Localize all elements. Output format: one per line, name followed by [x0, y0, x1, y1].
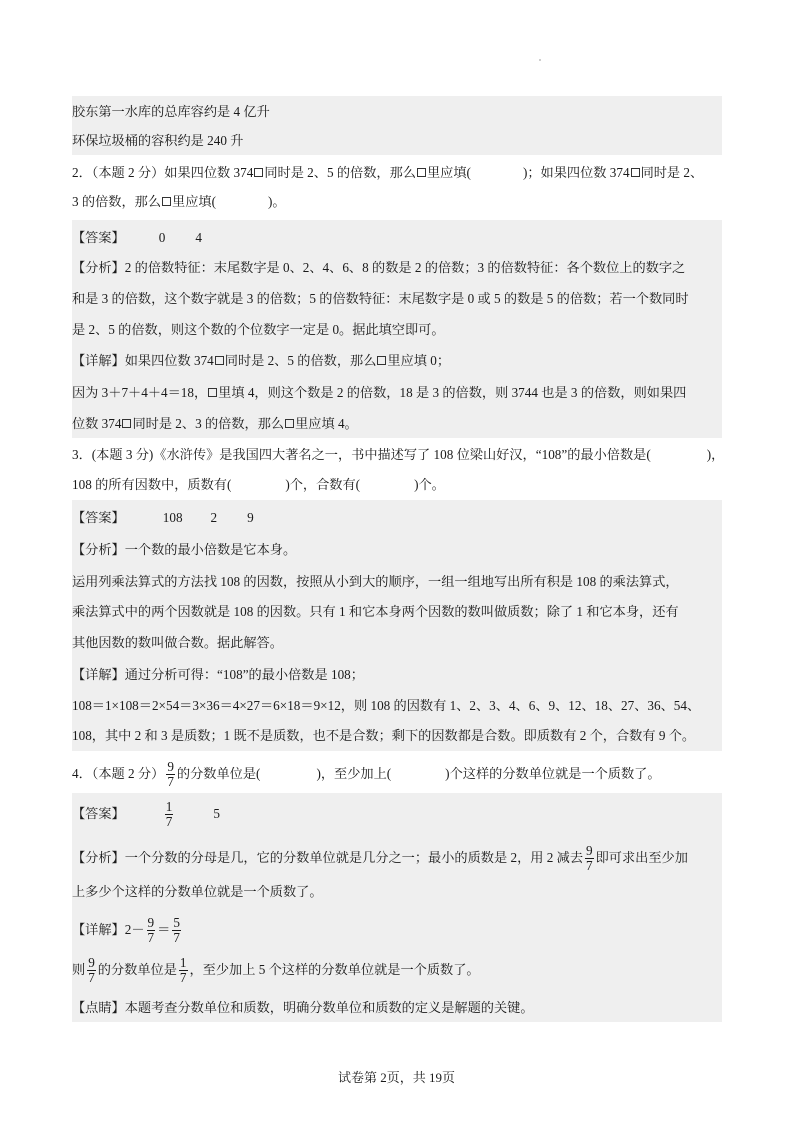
numerator: 1 [179, 956, 188, 971]
fraction: 17 [179, 956, 188, 985]
answer-label: 【答案】 [72, 230, 125, 245]
denominator: 7 [87, 971, 96, 985]
text: )， [707, 447, 725, 462]
analysis-label: 【分析】 [72, 542, 125, 557]
text: 2．（本题 2 分）如果四位数 374 [72, 165, 253, 180]
text: 一个数的最小倍数是它本身。 [125, 542, 296, 557]
denominator: 7 [172, 931, 181, 945]
text: 通过分析可得：“108”的最小倍数是 108； [125, 667, 364, 682]
fraction: 97 [585, 844, 594, 873]
numerator: 9 [87, 956, 96, 971]
numerator: 5 [172, 916, 181, 931]
blank-square-icon [285, 419, 294, 428]
q2-analysis-line-1: 【分析】2 的倍数特征：末尾数字是 0、2、4、6、8 的数是 2 的倍数；3 … [72, 253, 722, 282]
blank-square-icon [162, 197, 171, 206]
text: 2－ [125, 922, 145, 937]
prev-line-2: 环保垃圾桶的容积约是 240 升 [72, 126, 722, 155]
text: ，至少加上 5 个这样的分数单位就是一个质数了。 [190, 962, 480, 977]
text: 里应填 0； [387, 353, 450, 368]
answer-value: 108 [163, 503, 183, 532]
q3-detail-line-2: 108＝1×108＝2×54＝3×36＝4×27＝6×18＝9×12，则 108… [72, 691, 722, 720]
q2-detail-line-1: 【详解】如果四位数 374同时是 2、5 的倍数，那么里应填 0； [72, 346, 722, 375]
text: )个。 [414, 477, 445, 492]
fraction: 97 [147, 916, 156, 945]
numerator: 9 [166, 760, 175, 775]
page-footer: 试卷第 2页，共 19页 [0, 1068, 793, 1088]
text: 因为 3＋7＋4＋4＝18， [72, 385, 207, 400]
prev-line-1: 胶东第一水库的总库容约是 4 亿升 [72, 97, 722, 126]
fraction: 97 [166, 760, 175, 789]
q3-analysis-line-1: 【分析】一个数的最小倍数是它本身。 [72, 535, 722, 564]
text: )。 [268, 194, 286, 209]
text: 即可求出至少加 [596, 850, 688, 865]
text: 位数 374 [72, 416, 121, 431]
q3-detail-line-3: 108，其中 2 和 3 是质数；1 既不是质数，也不是合数；剩下的因数都是合数… [72, 721, 722, 750]
denominator: 7 [165, 815, 174, 829]
q3-answer-line: 【答案】10829 [72, 503, 722, 532]
q3-detail-line-1: 【详解】通过分析可得：“108”的最小倍数是 108； [72, 660, 722, 689]
text: 108 的所有因数中，质数有( [72, 477, 231, 492]
q3-stem-line-1: 3．(本题 3 分)《水浒传》是我国四大著名之一，书中描述写了 108 位梁山好… [72, 440, 722, 469]
text: 4．（本题 2 分） [72, 766, 164, 781]
text: )个，合数有( [285, 477, 360, 492]
text: 则 [72, 962, 85, 977]
answer-value: 5 [213, 796, 220, 832]
text: 同时是 2、5 的倍数，那么 [225, 353, 377, 368]
text: )，至少加上( [316, 766, 391, 781]
q3-analysis-line-3: 乘法算式中的两个因数就是 108 的因数。只有 1 和它本身两个因数的数叫做质数… [72, 597, 722, 626]
text: 2 的倍数特征：末尾数字是 0、2、4、6、8 的数是 2 的倍数；3 的倍数特… [125, 260, 685, 275]
detail-label: 【详解】 [72, 667, 125, 682]
comment-label: 【点睛】 [72, 1000, 125, 1015]
text: )个这样的分数单位就是一个质数了。 [445, 766, 660, 781]
detail-label: 【详解】 [72, 353, 125, 368]
text: 同时是 2、3 的倍数，那么 [132, 416, 284, 431]
q3-analysis-line-4: 其他因数的数叫做合数。据此解答。 [72, 628, 722, 657]
text: 本题考查分数单位和质数，明确分数单位和质数的定义是解题的关键。 [125, 1000, 534, 1015]
text: 3 的倍数，那么 [72, 194, 161, 209]
q4-analysis-line-2: 上多少个这样的分数单位就是一个质数了。 [72, 877, 722, 906]
q2-analysis-line-3: 是 2、5 的倍数，则这个数的个位数字一定是 0。据此填空即可。 [72, 315, 722, 344]
analysis-label: 【分析】 [72, 260, 125, 275]
q3-analysis-line-2: 运用列乘法算式的方法找 108 的因数，按照从小到大的顺序，一组一组地写出所有积… [72, 567, 722, 596]
q4-answer-line: 【答案】175 [72, 796, 722, 832]
q2-stem-line-2: 3 的倍数，那么里应填()。 [72, 187, 722, 216]
fraction: 97 [87, 956, 96, 985]
fraction: 57 [172, 916, 181, 945]
text: 3．(本题 3 分)《水浒传》是我国四大著名之一，书中描述写了 108 位梁山好… [72, 447, 651, 462]
text: 里填 4，则这个数是 2 的倍数，18 是 3 的倍数，则 3744 也是 3 … [218, 385, 686, 400]
blank-square-icon [208, 388, 217, 397]
detail-label: 【详解】 [72, 922, 125, 937]
denominator: 7 [166, 775, 175, 789]
scan-artifact [539, 59, 541, 61]
answer-value: 9 [247, 503, 254, 532]
text: 的分数单位是 [98, 962, 177, 977]
blank-square-icon [417, 168, 426, 177]
text: 里应填( [172, 194, 216, 209]
q4-detail-line-2: 则97的分数单位是17，至少加上 5 个这样的分数单位就是一个质数了。 [72, 952, 722, 988]
blank-square-icon [254, 168, 263, 177]
text: 的分数单位是( [177, 766, 261, 781]
answer-value: 2 [211, 503, 218, 532]
blank-square-icon [122, 419, 131, 428]
answer-value: 0 [159, 223, 166, 252]
q4-analysis-line-1: 【分析】一个分数的分母是几，它的分数单位就是几分之一；最小的质数是 2，用 2 … [72, 840, 722, 876]
blank-square-icon [377, 356, 386, 365]
q2-detail-line-2: 因为 3＋7＋4＋4＝18，里填 4，则这个数是 2 的倍数，18 是 3 的倍… [72, 378, 722, 407]
q4-comment-line: 【点睛】本题考查分数单位和质数，明确分数单位和质数的定义是解题的关键。 [72, 993, 722, 1022]
answer-fraction: 17 [165, 800, 174, 829]
text: 同时是 2、 [641, 165, 704, 180]
denominator: 7 [147, 931, 156, 945]
numerator: 1 [165, 800, 174, 815]
text: ＝ [157, 922, 170, 937]
q2-stem-line-1: 2．（本题 2 分）如果四位数 374同时是 2、5 的倍数，那么里应填()；如… [72, 158, 722, 187]
text: 一个分数的分母是几，它的分数单位就是几分之一；最小的质数是 2，用 2 减去 [125, 850, 583, 865]
text: 里应填 4。 [295, 416, 358, 431]
denominator: 7 [585, 859, 594, 873]
text: )；如果四位数 374 [523, 165, 630, 180]
denominator: 7 [179, 971, 188, 985]
text: 如果四位数 374 [125, 353, 214, 368]
q3-stem-line-2: 108 的所有因数中，质数有()个，合数有()个。 [72, 470, 722, 499]
answer-label: 【答案】 [72, 806, 125, 821]
text: 同时是 2、5 的倍数，那么 [264, 165, 416, 180]
answer-value: 4 [195, 223, 202, 252]
q4-stem: 4．（本题 2 分）97的分数单位是()，至少加上()个这样的分数单位就是一个质… [72, 756, 722, 792]
numerator: 9 [585, 844, 594, 859]
q4-detail-line-1: 【详解】2－97＝57 [72, 912, 722, 948]
q2-answer-line: 【答案】04 [72, 223, 722, 252]
blank-square-icon [631, 168, 640, 177]
analysis-label: 【分析】 [72, 850, 125, 865]
numerator: 9 [147, 916, 156, 931]
answer-label: 【答案】 [72, 510, 125, 525]
q2-analysis-line-2: 和是 3 的倍数，这个数字就是 3 的倍数；5 的倍数特征：末尾数字是 0 或 … [72, 284, 722, 313]
blank-square-icon [215, 356, 224, 365]
text: 里应填( [427, 165, 471, 180]
q2-detail-line-3: 位数 374同时是 2、3 的倍数，那么里应填 4。 [72, 409, 722, 438]
